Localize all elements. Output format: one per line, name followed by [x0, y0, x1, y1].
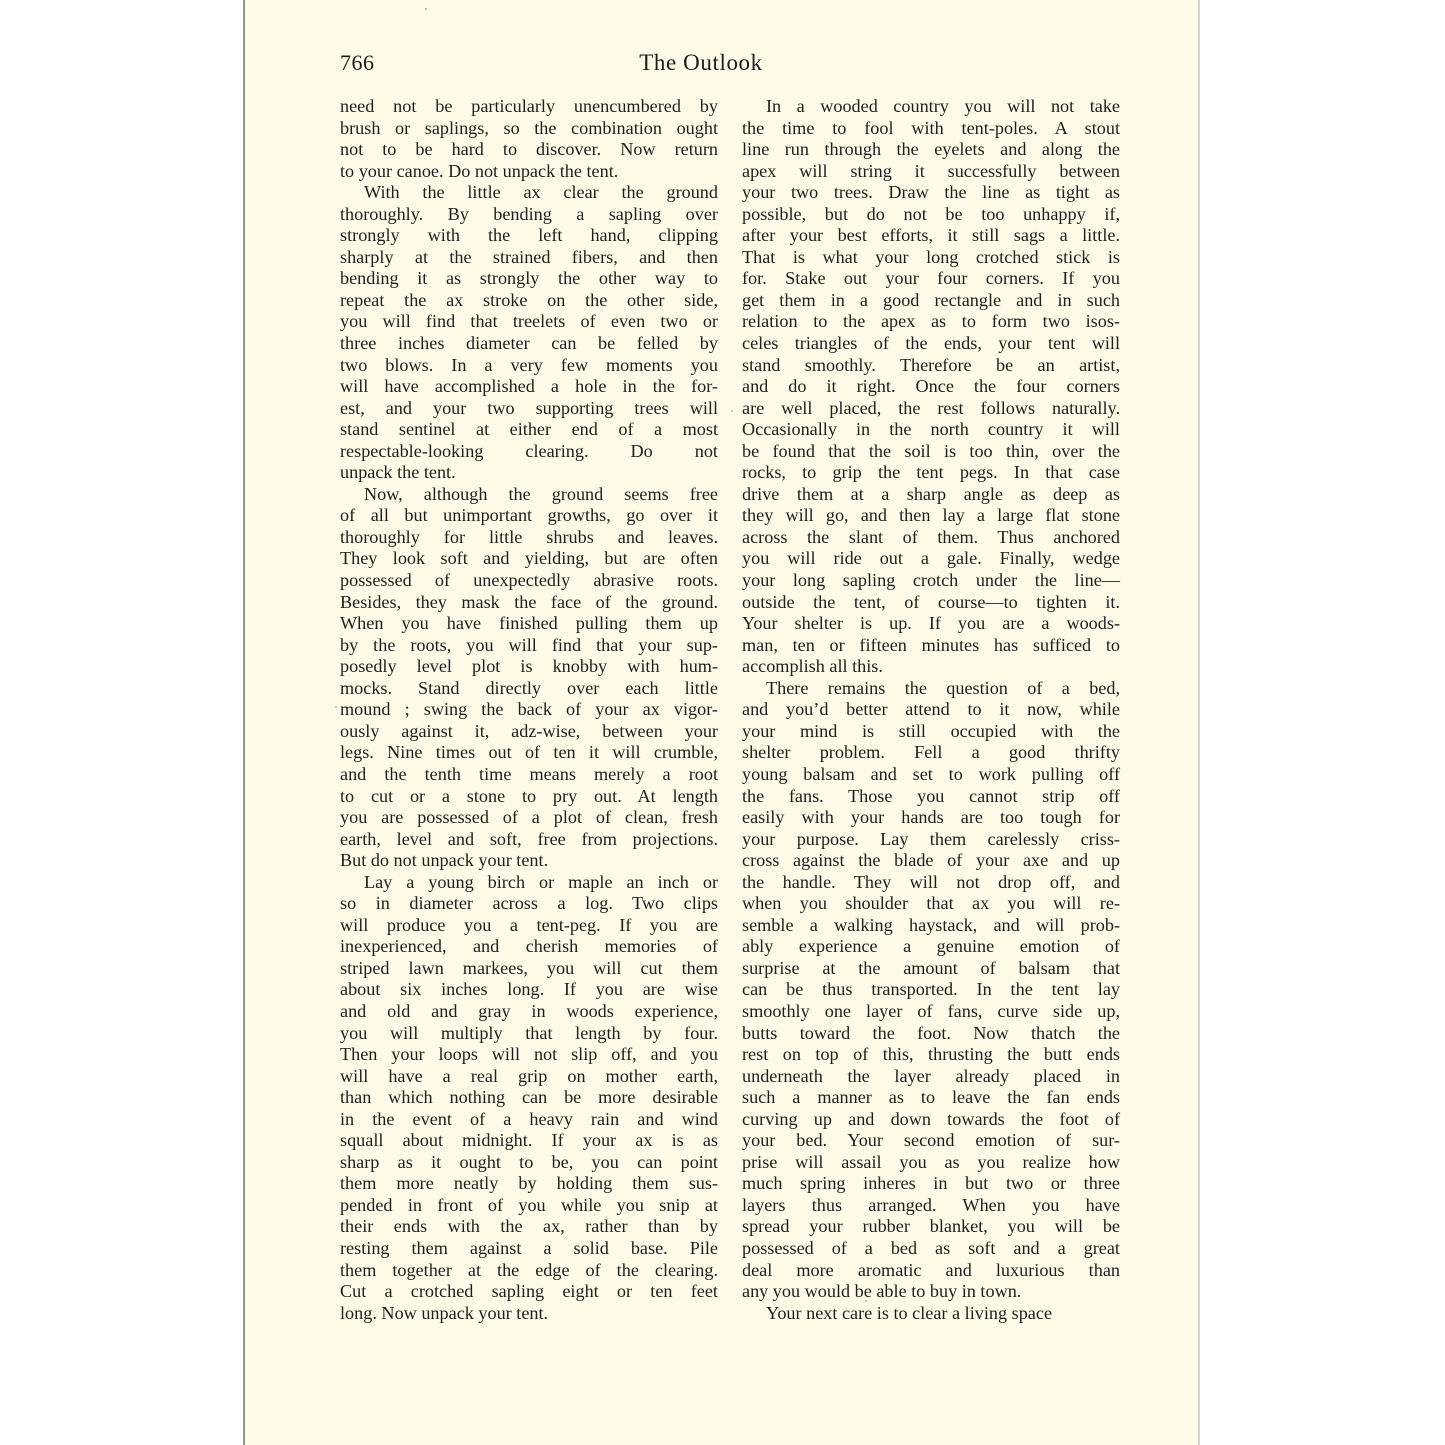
text-line: resting them against a solid base. Pile [340, 1238, 718, 1260]
text-line: for. Stake out your four corners. If you [742, 268, 1120, 290]
text-line: and the tenth time means merely a root [340, 764, 718, 786]
text-line: line run through the eyelets and along t… [742, 139, 1120, 161]
text-line: striped lawn markees, you will cut them [340, 958, 718, 980]
text-line: man, ten or fifteen minutes has sufficed… [742, 635, 1120, 657]
text-line: get them in a good rectangle and in such [742, 290, 1120, 312]
text-line: deal more aromatic and luxurious than [742, 1260, 1120, 1282]
text-line: two blows. In a very few moments you [340, 355, 718, 377]
text-line: butts toward the foot. Now thatch the [742, 1023, 1120, 1045]
journal-title: The Outlook [340, 50, 1062, 76]
text-line: are well placed, the rest follows natura… [742, 398, 1120, 420]
text-line: Occasionally in the north country it wil… [742, 419, 1120, 441]
text-line: and do it right. Once the four corners [742, 376, 1120, 398]
text-line: your mind is still occupied with the [742, 721, 1120, 743]
text-line: earth, level and soft, free from project… [340, 829, 718, 851]
text-line: That is what your long crotched stick is [742, 247, 1120, 269]
text-line: outside the tent, of course—to tighten i… [742, 592, 1120, 614]
text-line: possessed of unexpectedly abrasive roots… [340, 570, 718, 592]
text-line: sharply at the strained fibers, and then [340, 247, 718, 269]
text-line: they will go, and then lay a large flat … [742, 505, 1120, 527]
text-line: When you have finished pulling them up [340, 613, 718, 635]
text-line: you will ride out a gale. Finally, wedge [742, 548, 1120, 570]
text-line: three inches diameter can be felled by [340, 333, 718, 355]
text-line: the time to fool with tent-poles. A stou… [742, 118, 1120, 140]
text-line: young balsam and set to work pulling off [742, 764, 1120, 786]
text-line: underneath the layer already placed in [742, 1066, 1120, 1088]
text-line: Cut a crotched sapling eight or ten feet [340, 1281, 718, 1303]
text-line: your two trees. Draw the line as tight a… [742, 182, 1120, 204]
text-line: possessed of a bed as soft and a great [742, 1238, 1120, 1260]
text-line: after your best efforts, it still sags a… [742, 225, 1120, 247]
text-line: when you shoulder that ax you will re- [742, 893, 1120, 915]
text-line: smoothly one layer of fans, curve side u… [742, 1001, 1120, 1023]
text-line: Lay a young birch or maple an inch or [340, 872, 718, 894]
text-line: in the event of a heavy rain and wind [340, 1109, 718, 1131]
text-line: brush or saplings, so the combination ou… [340, 118, 718, 140]
text-line: pended in front of you while you snip at [340, 1195, 718, 1217]
text-line: celes triangles of the ends, your tent w… [742, 333, 1120, 355]
text-line: your bed. Your second emotion of sur- [742, 1130, 1120, 1152]
text-line: can be thus transported. In the tent lay [742, 979, 1120, 1001]
text-line: accomplish all this. [742, 656, 1120, 678]
text-line: the handle. They will not drop off, and [742, 872, 1120, 894]
text-line: thoroughly for little shrubs and leaves. [340, 527, 718, 549]
text-line: need not be particularly unencumbered by [340, 96, 718, 118]
text-line: layers thus arranged. When you have [742, 1195, 1120, 1217]
text-line: With the little ax clear the ground [340, 182, 718, 204]
text-line: easily with your hands are too tough for [742, 807, 1120, 829]
text-line: drive them at a sharp angle as deep as [742, 484, 1120, 506]
text-line: cross against the blade of your axe and … [742, 850, 1120, 872]
left-column: need not be particularly unencumbered by… [340, 96, 718, 1324]
text-line: shelter problem. Fell a good thrifty [742, 742, 1120, 764]
text-line: squall about midnight. If your ax is as [340, 1130, 718, 1152]
text-line: and you’d better attend to it now, while [742, 699, 1120, 721]
text-line: not to be hard to discover. Now return [340, 139, 718, 161]
right-column: In a wooded country you will not takethe… [742, 96, 1120, 1324]
text-line: surprise at the amount of balsam that [742, 958, 1120, 980]
text-line: to cut or a stone to pry out. At length [340, 786, 718, 808]
text-line: Then your loops will not slip off, and y… [340, 1044, 718, 1066]
text-line: you are possessed of a plot of clean, fr… [340, 807, 718, 829]
text-line: But do not unpack your tent. [340, 850, 718, 872]
text-line: so in diameter across a log. Two clips [340, 893, 718, 915]
text-line: across the slant of them. Thus anchored [742, 527, 1120, 549]
text-line: much spring inheres in but two or three [742, 1173, 1120, 1195]
text-line: possible, but do not be too unhappy if, [742, 204, 1120, 226]
text-line: be found that the soil is too thin, over… [742, 441, 1120, 463]
text-line: rocks, to grip the tent pegs. In that ca… [742, 462, 1120, 484]
text-line: apex will string it successfully between [742, 161, 1120, 183]
text-line: of all but unimportant growths, go over … [340, 505, 718, 527]
paper-speck [731, 410, 733, 412]
text-line: In a wooded country you will not take [742, 96, 1120, 118]
text-line: will have a real grip on mother earth, [340, 1066, 718, 1088]
text-line: They look soft and yielding, but are oft… [340, 548, 718, 570]
text-line: your purpose. Lay them carelessly criss- [742, 829, 1120, 851]
text-line: sharp as it ought to be, you can point [340, 1152, 718, 1174]
text-line: thoroughly. By bending a sapling over [340, 204, 718, 226]
text-line: to your canoe. Do not unpack the tent. [340, 161, 718, 183]
text-line: mound ; swing the back of your ax vigor- [340, 699, 718, 721]
text-line: will produce you a tent-peg. If you are [340, 915, 718, 937]
text-line: you will multiply that length by four. [340, 1023, 718, 1045]
text-line: Besides, they mask the face of the groun… [340, 592, 718, 614]
text-line: curving up and down towards the foot of [742, 1109, 1120, 1131]
text-line: ably experience a genuine emotion of [742, 936, 1120, 958]
text-line: stand smoothly. Therefore be an artist, [742, 355, 1120, 377]
text-line: strongly with the left hand, clipping [340, 225, 718, 247]
text-line: posedly level plot is knobby with hum- [340, 656, 718, 678]
text-line: rest on top of this, thrusting the butt … [742, 1044, 1120, 1066]
text-line: inexperienced, and cherish memories of [340, 936, 718, 958]
text-line: prise will assail you as you realize how [742, 1152, 1120, 1174]
text-line: about six inches long. If you are wise [340, 979, 718, 1001]
text-line: legs. Nine times out of ten it will crum… [340, 742, 718, 764]
text-line: There remains the question of a bed, [742, 678, 1120, 700]
text-line: unpack the tent. [340, 462, 718, 484]
text-line: than which nothing can be more desirable [340, 1087, 718, 1109]
text-line: and old and gray in woods experience, [340, 1001, 718, 1023]
text-line: long. Now unpack your tent. [340, 1303, 718, 1325]
printed-page: 766 The Outlook need not be particularly… [243, 0, 1200, 1445]
text-line: you will find that treelets of even two … [340, 311, 718, 333]
text-line: ously against it, adz-wise, between your [340, 721, 718, 743]
paper-speck [425, 8, 427, 10]
paper-speck [865, 1300, 867, 1302]
running-head: 766 The Outlook [340, 50, 1062, 80]
article-body: need not be particularly unencumbered by… [340, 96, 1120, 1324]
text-line: respectable-looking clearing. Do not [340, 441, 718, 463]
text-line: by the roots, you will find that your su… [340, 635, 718, 657]
paper-speck [335, 706, 337, 708]
text-line: repeat the ax stroke on the other side, [340, 290, 718, 312]
text-line: any you would be able to buy in town. [742, 1281, 1120, 1303]
text-line: mocks. Stand directly over each little [340, 678, 718, 700]
text-line: spread your rubber blanket, you will be [742, 1216, 1120, 1238]
text-line: stand sentinel at either end of a most [340, 419, 718, 441]
text-line: semble a walking haystack, and will prob… [742, 915, 1120, 937]
text-line: them together at the edge of the clearin… [340, 1260, 718, 1282]
text-line: their ends with the ax, rather than by [340, 1216, 718, 1238]
text-line: them more neatly by holding them sus- [340, 1173, 718, 1195]
text-line: est, and your two supporting trees will [340, 398, 718, 420]
text-line: Your shelter is up. If you are a woods- [742, 613, 1120, 635]
text-line: your long sapling crotch under the line— [742, 570, 1120, 592]
text-line: the fans. Those you cannot strip off [742, 786, 1120, 808]
text-line: Now, although the ground seems free [340, 484, 718, 506]
text-line: will have accomplished a hole in the for… [340, 376, 718, 398]
text-line: such a manner as to leave the fan ends [742, 1087, 1120, 1109]
text-line: bending it as strongly the other way to [340, 268, 718, 290]
text-line: Your next care is to clear a living spac… [742, 1303, 1120, 1325]
text-line: relation to the apex as to form two isos… [742, 311, 1120, 333]
